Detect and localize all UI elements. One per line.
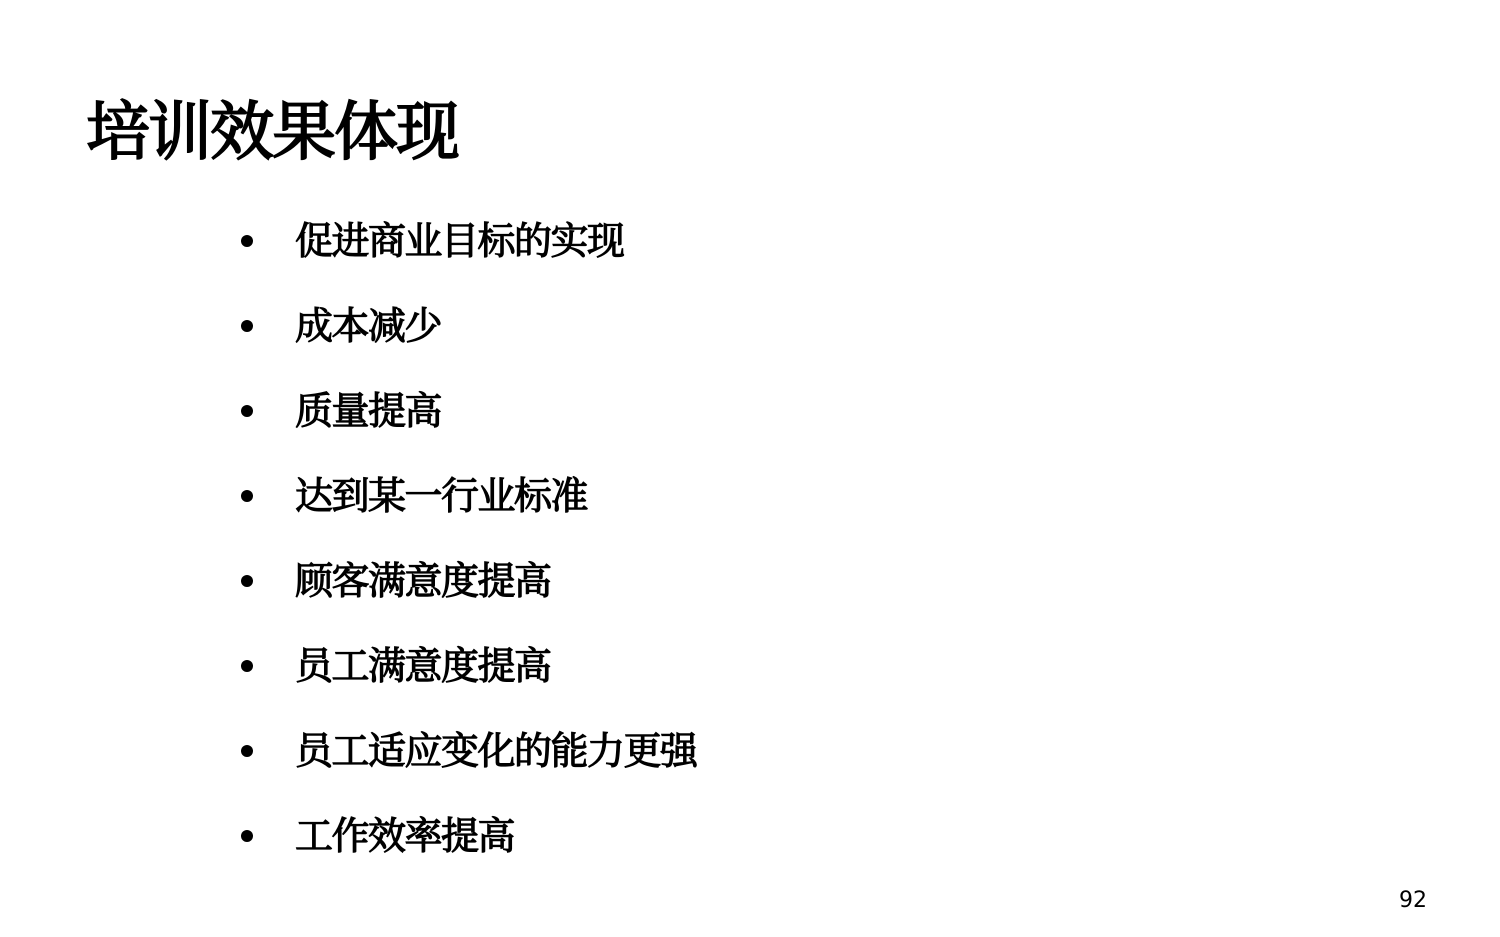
bullet-text: 员工适应变化的能力更强: [295, 727, 697, 775]
bullet-text: 成本减少: [295, 302, 441, 350]
bullet-text: 达到某一行业标准: [295, 472, 587, 520]
bullet-item: 员工适应变化的能力更强: [236, 708, 697, 793]
bullet-text: 质量提高: [295, 387, 441, 435]
slide-title: 培训效果体现: [86, 91, 458, 175]
bullet-item: 员工满意度提高: [236, 623, 697, 708]
bullet-dot-icon: [241, 235, 253, 247]
bullet-item: 成本减少: [236, 283, 697, 368]
bullet-dot-icon: [241, 320, 253, 332]
bullet-item: 达到某一行业标准: [236, 453, 697, 538]
bullet-dot-icon: [241, 490, 253, 502]
bullet-item: 促进商业目标的实现: [236, 198, 697, 283]
bullet-text: 促进商业目标的实现: [295, 217, 624, 265]
bullet-text: 工作效率提高: [295, 812, 514, 860]
bullet-text: 顾客满意度提高: [295, 557, 551, 605]
bullet-list: 促进商业目标的实现 成本减少 质量提高 达到某一行业标准 顾客满意度提高 员工满…: [236, 198, 697, 878]
bullet-dot-icon: [241, 745, 253, 757]
bullet-item: 顾客满意度提高: [236, 538, 697, 623]
bullet-item: 质量提高: [236, 368, 697, 453]
bullet-dot-icon: [241, 405, 253, 417]
bullet-item: 工作效率提高: [236, 793, 697, 878]
page-number: 92: [1399, 886, 1427, 916]
bullet-text: 员工满意度提高: [295, 642, 551, 690]
bullet-dot-icon: [241, 660, 253, 672]
bullet-dot-icon: [241, 575, 253, 587]
bullet-dot-icon: [241, 830, 253, 842]
